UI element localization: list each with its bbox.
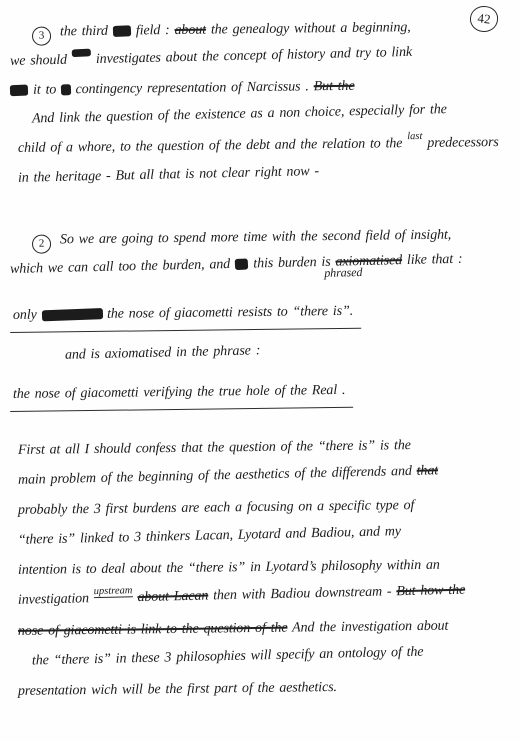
text-segment: field : bbox=[131, 23, 175, 39]
manuscript-line: only xxxxxxxxxxxx the nose of giacometti… bbox=[10, 297, 362, 333]
struck-text: But how the bbox=[396, 583, 465, 600]
scribbled-out-text: xxxxxxxxxxxx bbox=[41, 308, 102, 321]
struck-text: nose of giacometti is link to the questi… bbox=[18, 621, 288, 639]
text-segment: intention is to deal about the “there is… bbox=[18, 558, 440, 578]
text-segment: then with Badiou downstream - bbox=[208, 584, 396, 603]
struck-text: But the bbox=[314, 79, 355, 94]
struck-text: about bbox=[175, 23, 207, 38]
text-segment: contingency representation of Narcissus … bbox=[71, 79, 314, 97]
closing-paragraph: First at all I should confess that the q… bbox=[10, 436, 516, 707]
text-segment: the nose of giacometti verifying the tru… bbox=[13, 383, 346, 402]
manuscript-line: presentation wich will be the first part… bbox=[10, 671, 516, 707]
text-segment: investigation bbox=[18, 591, 94, 608]
text-segment: it to bbox=[28, 82, 61, 97]
text-segment: the nose of giacometti resists to “there… bbox=[102, 304, 353, 322]
text-segment: the “there is” in these 3 philosophies w… bbox=[32, 645, 424, 669]
text-segment: which we can call too the burden, and bbox=[10, 257, 235, 277]
text-segment: last bbox=[407, 131, 422, 142]
struck-text: about Lacan bbox=[137, 589, 208, 606]
text-segment: So we are going to spend more time with … bbox=[60, 228, 451, 248]
paragraph-two: 2So we are going to spend more time with… bbox=[10, 226, 516, 412]
text-segment: this burden is bbox=[248, 255, 335, 272]
scribbled-out-text: xxx bbox=[113, 25, 132, 37]
text-segment: child of a whore, to the question of the… bbox=[18, 136, 407, 156]
text-segment: in the heritage - But all that is not cl… bbox=[18, 164, 319, 186]
text-segment: First at all I should confess that the q… bbox=[18, 438, 411, 458]
text-segment: probably the 3 first burdens are each a … bbox=[18, 498, 414, 518]
text-segment: the genealogy without a beginning, bbox=[206, 20, 411, 37]
manuscript-line: the nose of giacometti verifying the tru… bbox=[10, 376, 354, 412]
text-segment: main problem of the beginning of the aes… bbox=[18, 464, 417, 488]
scribbled-out-text: two bbox=[72, 49, 92, 58]
manuscript-page: 42 3the third xxx field : about the gene… bbox=[0, 0, 520, 742]
text-segment: presentation wich will be the first part… bbox=[18, 680, 337, 699]
struck-text: that bbox=[417, 463, 439, 478]
text-segment: And link the question of the existence a… bbox=[32, 102, 447, 126]
text-segment: predecessors bbox=[422, 135, 498, 151]
text-segment: “there is” linked to 3 thinkers Lacan, L… bbox=[18, 524, 401, 548]
text-segment: only bbox=[13, 308, 42, 323]
text-segment: And the investigation about bbox=[287, 619, 448, 636]
paragraph-marker-icon: 3 bbox=[32, 26, 51, 45]
scribbled-out-text: xxx bbox=[10, 85, 29, 97]
paragraph-marker-icon: 2 bbox=[32, 234, 51, 253]
paragraph-three: 3the third xxx field : about the genealo… bbox=[10, 18, 516, 193]
text-segment: the third bbox=[60, 24, 113, 40]
text-segment: like that : bbox=[402, 252, 463, 268]
text-segment: and is axiomatised in the phrase : bbox=[65, 343, 261, 362]
text-segment: we should bbox=[10, 53, 72, 69]
manuscript-line: and is axiomatised in the phrase : bbox=[10, 331, 517, 371]
scribbled-out-text: a bbox=[61, 84, 71, 95]
scribbled-out-text: xx bbox=[235, 258, 249, 270]
text-segment: upstream bbox=[94, 585, 133, 598]
text-segment: investigates about the concept of histor… bbox=[91, 45, 412, 67]
